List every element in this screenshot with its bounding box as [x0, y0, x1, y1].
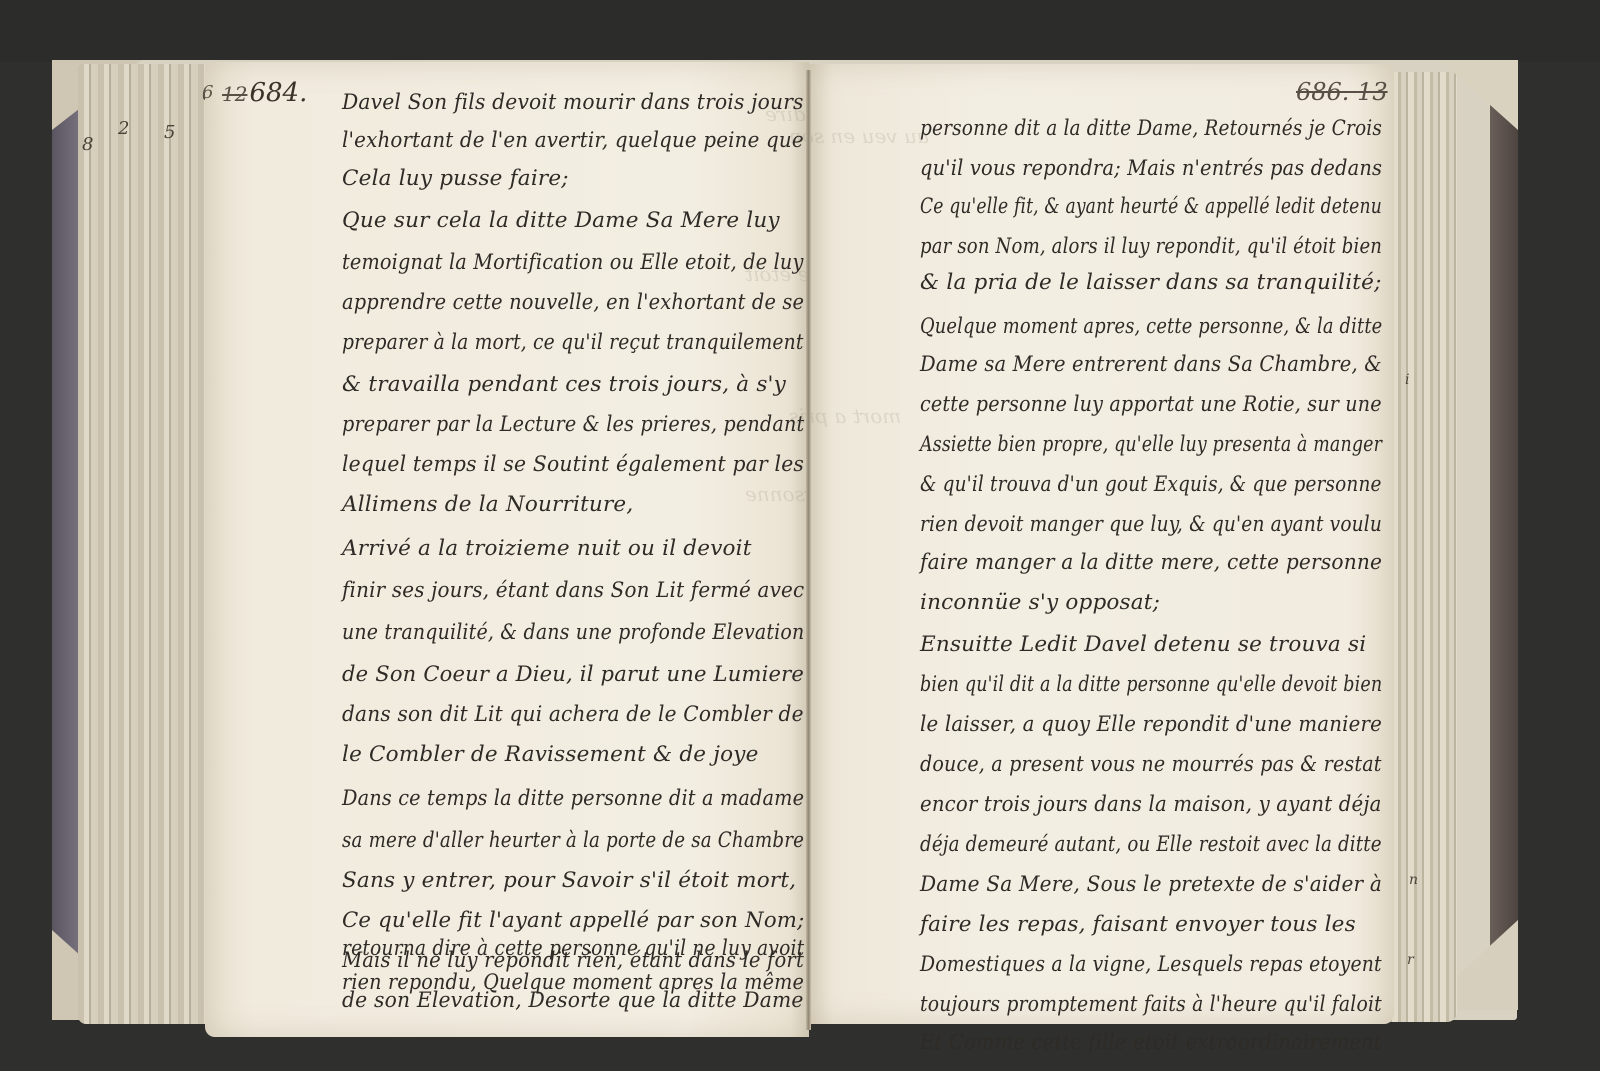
margin-number: 6 — [202, 82, 213, 103]
text-line: déja demeuré autant, ou Elle restoit ave… — [920, 832, 1382, 857]
text-line: Assiette bien propre, qu'elle luy presen… — [920, 432, 1382, 457]
text-line: temoignat la Mortification ou Elle etoit… — [342, 250, 804, 275]
text-line: retourna dire à cette personne qu'il ne … — [342, 936, 804, 961]
text-line: rien devoit manger que luy, & qu'en ayan… — [920, 512, 1382, 537]
cover-board-right — [1490, 62, 1518, 1002]
text-line: de Son Coeur a Dieu, il parut une Lumier… — [342, 662, 804, 687]
struck-folio-number: 12 — [222, 82, 247, 106]
edge-number: 5 — [164, 122, 175, 143]
edge-number: 8 — [82, 134, 93, 155]
text-line: Dame sa Mere entrerent dans Sa Chambre, … — [920, 352, 1382, 377]
text-line: cette personne luy apportat une Rotie, s… — [920, 392, 1382, 417]
text-line: faire manger a la ditte mere, cette pers… — [920, 550, 1382, 575]
text-line: Et Comme cette fille etoit extraordinair… — [920, 1030, 1382, 1055]
text-line: Ce qu'elle fit l'ayant appellé par son N… — [342, 908, 804, 933]
text-line: Davel Son fils devoit mourir dans trois … — [342, 90, 804, 115]
text-line: faire les repas, faisant envoyer tous le… — [920, 912, 1356, 937]
dark-background — [0, 0, 1600, 62]
text-line-with-strikethrough: dans son dit Lit qui achera de le Comble… — [342, 702, 804, 727]
text-line: Que sur cela la ditte Dame Sa Mere luy — [342, 208, 780, 233]
text-line: preparer par la Lecture & les prieres, p… — [342, 412, 804, 437]
folio-number-right: 686. 13 — [1296, 78, 1388, 106]
text-line: finir ses jours, étant dans Son Lit ferm… — [342, 578, 804, 603]
text-line: sa mere d'aller heurter à la porte de sa… — [342, 828, 804, 853]
edge-number: 2 — [118, 118, 129, 139]
text-line: & qu'il trouva d'un gout Exquis, & que p… — [920, 472, 1382, 497]
text-line: qu'il vous repondra; Mais n'entrés pas d… — [920, 156, 1382, 181]
text-line: apprendre cette nouvelle, en l'exhortant… — [342, 290, 804, 315]
text-line: lequel temps il se Soutint également par… — [342, 452, 804, 477]
page-stack-left: 8 2 5 6 — [78, 64, 218, 1024]
text-line: bien qu'il dit a la ditte personne qu'el… — [920, 672, 1382, 697]
text-line: inconnüe s'y opposat; — [920, 590, 1160, 615]
page-stack-right: i n r — [1385, 72, 1457, 1022]
folio-number: 684. — [249, 78, 307, 108]
text-line: douce, a present vous ne mourrés pas & r… — [920, 752, 1382, 777]
text-line: Ce qu'elle fit, & ayant heurté & appellé… — [920, 194, 1382, 219]
edge-mark: i — [1405, 372, 1409, 388]
text-line-with-strikethrough: encor trois jours dans la maison, y ayan… — [920, 792, 1382, 817]
text-line: Quelque moment apres, cette personne, & … — [920, 314, 1382, 339]
edge-mark: r — [1407, 952, 1414, 968]
text-line: Domestiques a la vigne, Lesquels repas e… — [920, 952, 1382, 977]
text-line: rien repondu, Quelque moment apres la mê… — [342, 970, 804, 995]
text-line: Cela luy pusse faire; — [342, 166, 569, 191]
struck-folio-number: 686. — [1296, 78, 1349, 106]
text-line: & la pria de le laisser dans sa tranquil… — [920, 270, 1382, 295]
text-line: Ensuitte Ledit Davel detenu se trouva si — [920, 632, 1366, 657]
text-line: personne dit a la ditte Dame, Retournés … — [920, 116, 1382, 141]
folio-number: 13 — [1357, 78, 1388, 106]
text-line: Sans y entrer, pour Savoir s'il étoit mo… — [342, 868, 796, 893]
text-line: par son Nom, alors il luy repondit, qu'i… — [920, 234, 1382, 259]
book-gutter — [806, 70, 811, 1030]
text-line: toujours promptement faits à l'heure qu'… — [920, 992, 1382, 1017]
text-line: Dame Sa Mere, Sous le pretexte de s'aide… — [920, 872, 1382, 897]
text-line: le Combler de Ravissement & de joye — [342, 742, 759, 767]
text-line: le laisser, a quoy Elle repondit d'une m… — [920, 712, 1382, 737]
text-line: Allimens de la Nourriture, — [342, 492, 633, 517]
text-line: & travailla pendant ces trois jours, à s… — [342, 372, 786, 397]
text-line: une tranquilité, & dans une profonde Ele… — [342, 620, 804, 645]
text-line: Arrivé a la troizieme nuit ou il devoit — [342, 536, 752, 561]
edge-mark: n — [1409, 872, 1418, 888]
folio-number-left: 6 12684. — [222, 78, 307, 108]
text-line: preparer à la mort, ce qu'il reçut tranq… — [342, 330, 804, 355]
text-line: Dans ce temps la ditte personne dit a ma… — [342, 786, 804, 811]
text-line: l'exhortant de l'en avertir, quelque pei… — [342, 128, 804, 153]
